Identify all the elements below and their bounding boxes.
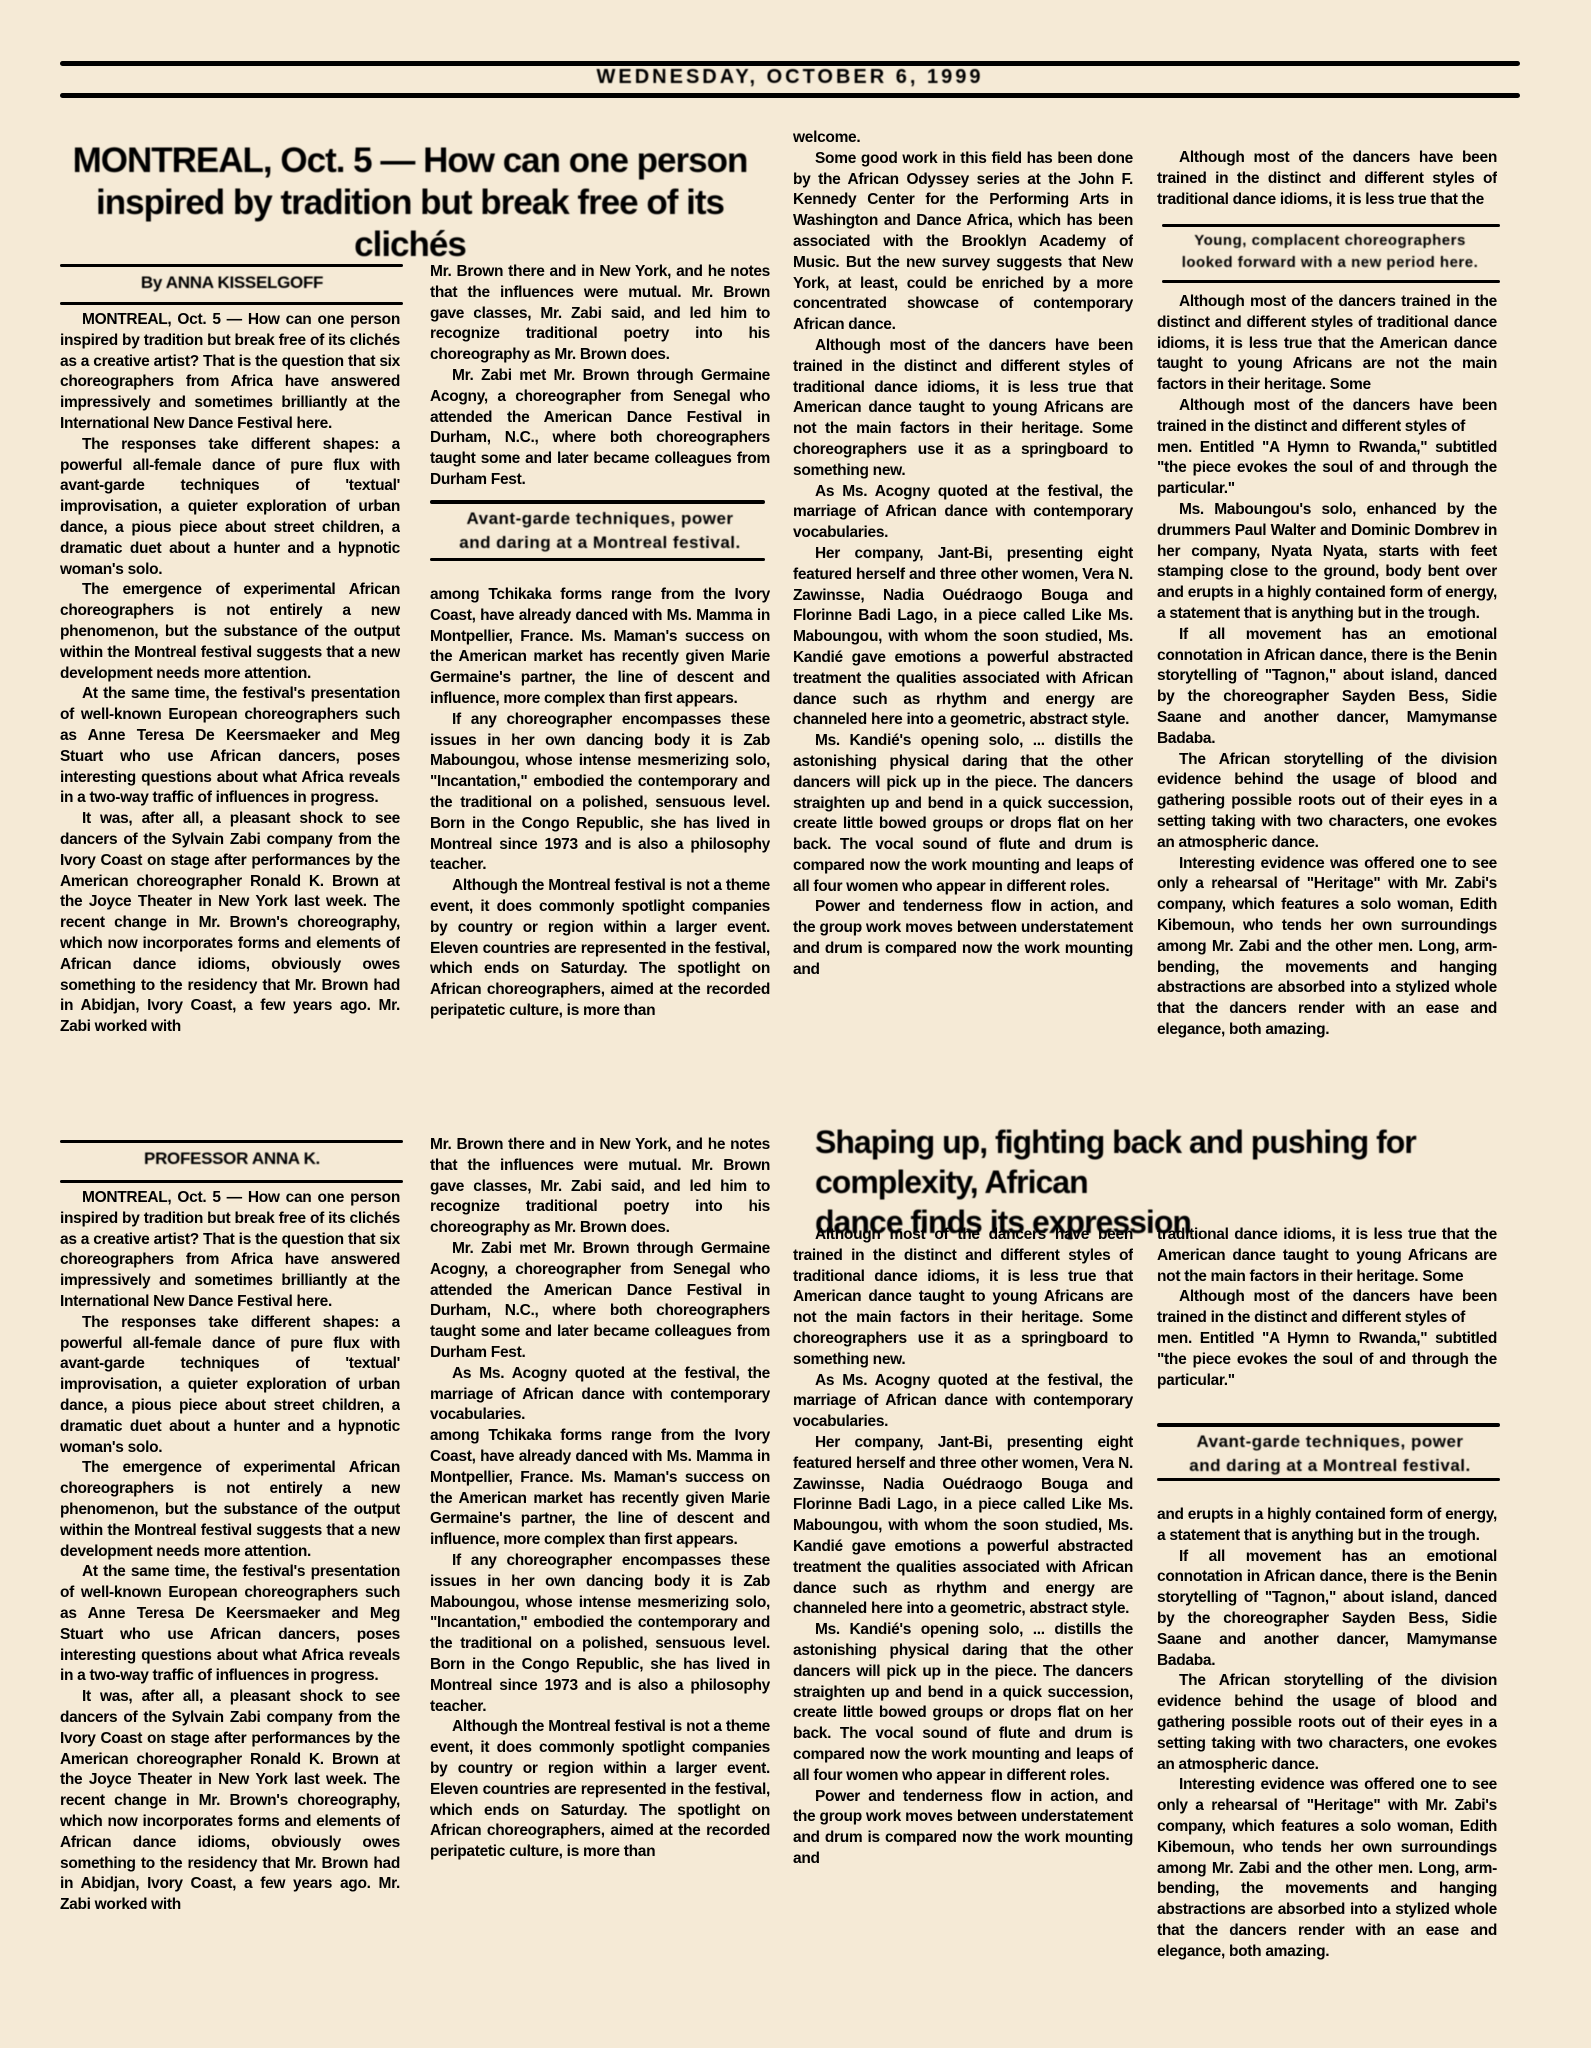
paragraph: Mr. Zabi met Mr. Brown through Germaine … <box>430 1239 770 1364</box>
paragraph: If any choreographer encompasses these i… <box>430 710 770 876</box>
paragraph: Although the Montreal festival is not a … <box>430 876 770 1022</box>
paragraph: and erupts in a highly contained form of… <box>1157 1505 1497 1547</box>
paragraph: If any choreographer encompasses these i… <box>430 1551 770 1717</box>
bottom-column-2: Mr. Brown there and in New York, and he … <box>430 1135 770 1985</box>
paragraph: At the same time, the festival's present… <box>60 1562 400 1687</box>
subhead2-bottom-rule <box>1162 280 1500 283</box>
paragraph: Although most of the dancers have been t… <box>793 1225 1133 1371</box>
paragraph: Power and tenderness flow in action, and… <box>793 897 1133 980</box>
top-column-3: welcome. Some good work in this field ha… <box>793 128 1133 1098</box>
paragraph: Mr. Zabi met Mr. Brown through Germaine … <box>430 366 770 491</box>
bottom-byline-top-rule <box>60 1140 403 1143</box>
paragraph: Mr. Brown there and in New York, and he … <box>430 1135 770 1239</box>
subhead-line2: and daring at a Montreal festival. <box>1160 1454 1500 1478</box>
byline-bottom-rule <box>60 302 403 305</box>
subhead-line2: and daring at a Montreal festival. <box>430 531 770 555</box>
paragraph: men. Entitled "A Hymn to Rwanda," subtit… <box>1157 438 1497 500</box>
top-subhead-2: Young, complacent choreographers looked … <box>1160 230 1500 274</box>
paragraph: welcome. <box>793 128 1133 149</box>
paragraph: Interesting evidence was offered one to … <box>1157 1775 1497 1962</box>
paragraph: The emergence of experimental African ch… <box>60 580 400 684</box>
top-headline-line1: MONTREAL, Oct. 5 — How can one person <box>70 140 750 182</box>
paragraph: Power and tenderness flow in action, and… <box>793 1787 1133 1870</box>
bottom-subhead-top-rule <box>1157 1423 1500 1427</box>
subhead-bottom-rule <box>430 558 765 561</box>
bottom-column-4: traditional dance idioms, it is less tru… <box>1157 1225 1497 1410</box>
paragraph: The responses take different shapes: a p… <box>60 1313 400 1459</box>
bottom-subhead-bottom-rule <box>1157 1478 1500 1481</box>
subhead-top-rule <box>430 500 765 504</box>
paragraph: Interesting evidence was offered one to … <box>1157 854 1497 1041</box>
paragraph: Mr. Brown there and in New York, and he … <box>430 262 770 366</box>
paragraph: The African storytelling of the division… <box>1157 750 1497 854</box>
paragraph: The African storytelling of the division… <box>1157 1671 1497 1775</box>
top-headline: MONTREAL, Oct. 5 — How can one person in… <box>70 140 750 266</box>
paragraph: The responses take different shapes: a p… <box>60 435 400 581</box>
paragraph: Although most of the dancers have been t… <box>1157 148 1497 210</box>
bottom-subhead: Avant-garde techniques, power and daring… <box>1160 1430 1500 1478</box>
bottom-column-3: Although most of the dancers have been t… <box>793 1225 1133 1985</box>
bottom-column-4b: and erupts in a highly contained form of… <box>1157 1505 1497 1965</box>
paragraph: As Ms. Acogny quoted at the festival, th… <box>430 1364 770 1426</box>
subhead2-line1: Young, complacent choreographers <box>1160 230 1500 252</box>
top-column-1: MONTREAL, Oct. 5 — How can one person in… <box>60 310 400 1100</box>
paragraph: men. Entitled "A Hymn to Rwanda," subtit… <box>1157 1329 1497 1391</box>
paragraph: Although most of the dancers have been t… <box>1157 396 1497 438</box>
top-byline: By ANNA KISSELGOFF <box>62 272 402 294</box>
top-column-2: Mr. Brown there and in New York, and he … <box>430 262 770 492</box>
bottom-headline: Shaping up, fighting back and pushing fo… <box>815 1122 1495 1242</box>
paragraph: It was, after all, a pleasant shock to s… <box>60 1687 400 1916</box>
masthead-bottom-rule <box>60 93 1520 98</box>
subhead2-top-rule <box>1162 224 1500 227</box>
paragraph: It was, after all, a pleasant shock to s… <box>60 809 400 1038</box>
paragraph: Her company, Jant-Bi, presenting eight f… <box>793 1433 1133 1620</box>
paragraph: Her company, Jant-Bi, presenting eight f… <box>793 544 1133 731</box>
subhead2-line2: looked forward with a new period here. <box>1160 252 1500 274</box>
paragraph: MONTREAL, Oct. 5 — How can one person in… <box>60 310 400 435</box>
top-column-2b: among Tchikaka forms range from the Ivor… <box>430 585 770 1105</box>
bottom-headline-line1: Shaping up, fighting back and pushing fo… <box>815 1122 1495 1202</box>
paragraph: Ms. Kandié's opening solo, ... distills … <box>793 731 1133 897</box>
paragraph: Although the Montreal festival is not a … <box>430 1717 770 1863</box>
top-column-4: Although most of the dancers have been t… <box>1157 148 1497 212</box>
byline-top-rule <box>60 264 403 267</box>
paragraph: Although most of the dancers have been t… <box>793 336 1133 482</box>
paragraph: MONTREAL, Oct. 5 — How can one person in… <box>60 1188 400 1313</box>
top-subhead: Avant-garde techniques, power and daring… <box>430 507 770 555</box>
paragraph: Ms. Maboungou's solo, enhanced by the dr… <box>1157 500 1497 625</box>
bottom-byline: PROFESSOR ANNA K. <box>62 1148 402 1170</box>
paragraph: Although most of the dancers trained in … <box>1157 292 1497 396</box>
subhead-line1: Avant-garde techniques, power <box>1160 1430 1500 1454</box>
subhead-line1: Avant-garde techniques, power <box>430 507 770 531</box>
top-headline-line2: inspired by tradition but break free of … <box>70 182 750 266</box>
paragraph: Ms. Kandié's opening solo, ... distills … <box>793 1620 1133 1786</box>
bottom-byline-bottom-rule <box>60 1180 403 1183</box>
paragraph: At the same time, the festival's present… <box>60 684 400 809</box>
paragraph: among Tchikaka forms range from the Ivor… <box>430 1426 770 1551</box>
paragraph: traditional dance idioms, it is less tru… <box>1157 1225 1497 1287</box>
paragraph: The emergence of experimental African ch… <box>60 1458 400 1562</box>
paragraph: As Ms. Acogny quoted at the festival, th… <box>793 482 1133 544</box>
paragraph: As Ms. Acogny quoted at the festival, th… <box>793 1371 1133 1433</box>
paragraph: Some good work in this field has been do… <box>793 149 1133 336</box>
paragraph: Although most of the dancers have been t… <box>1157 1287 1497 1329</box>
paragraph: among Tchikaka forms range from the Ivor… <box>430 585 770 710</box>
paragraph: If all movement has an emotional connota… <box>1157 1547 1497 1672</box>
dateline: WEDNESDAY, OCTOBER 6, 1999 <box>60 66 1520 89</box>
top-column-4b: Although most of the dancers trained in … <box>1157 292 1497 1082</box>
bottom-column-1: MONTREAL, Oct. 5 — How can one person in… <box>60 1188 400 1968</box>
paragraph: If all movement has an emotional connota… <box>1157 625 1497 750</box>
